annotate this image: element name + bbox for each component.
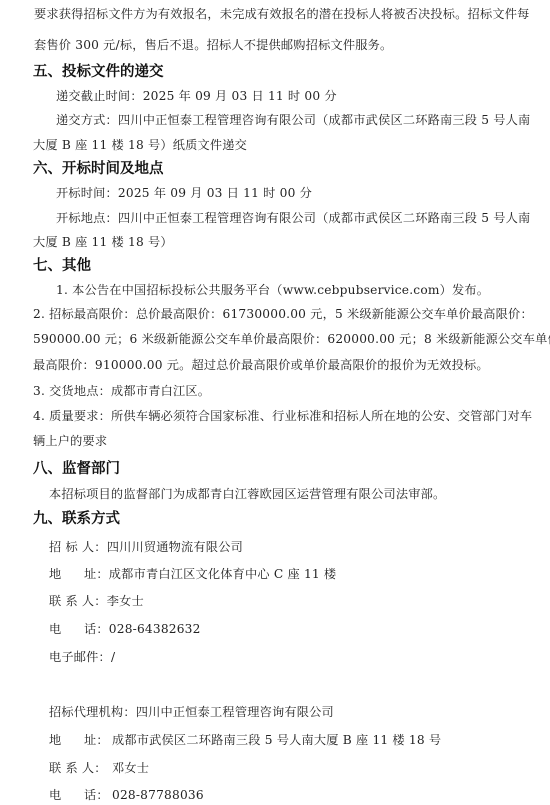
other-item-3: 3. 交货地点：成都市青白江区。 bbox=[33, 383, 210, 399]
field-value: / bbox=[111, 650, 115, 664]
submission-method-line1: 递交方式：四川中正恒泰工程管理咨询有限公司（成都市武侯区二环路南三段 5 号人南 bbox=[56, 112, 530, 128]
other-item-2-line3: 最高限价：910000.00 元。超过总价最高限价或单价最高限价的报价为无效投标… bbox=[33, 357, 489, 373]
field-label: 联 系 人： bbox=[49, 760, 112, 776]
submission-method-line2: 大厦 B 座 11 楼 18 号）纸质文件递交 bbox=[33, 137, 247, 153]
supervision-text: 本招标项目的监督部门为成都青白江蓉欧园区运营管理有限公司法审部。 bbox=[49, 486, 445, 502]
field-label: 招 标 人： bbox=[49, 540, 107, 554]
field-label: 联 系 人： bbox=[49, 594, 107, 608]
tenderer-phone-row: 电话：028-64382632 bbox=[49, 621, 201, 637]
section-heading-5: 五、投标文件的递交 bbox=[33, 63, 164, 81]
tenderer-email-row: 电子邮件：/ bbox=[49, 649, 115, 665]
paragraph-line: 套售价 300 元/标，售后不退。招标人不提供邮购招标文件服务。 bbox=[34, 37, 392, 53]
agency-address-row: 地址：成都市武侯区二环路南三段 5 号人南大厦 B 座 11 楼 18 号 bbox=[49, 732, 441, 748]
field-label: 电 bbox=[49, 787, 84, 803]
field-label: 址： bbox=[84, 567, 109, 581]
field-label: 招标代理机构： bbox=[49, 705, 136, 719]
other-item-4-line1: 4. 质量要求：所供车辆必须符合国家标准、行业标准和招标人所在地的公安、交管部门… bbox=[33, 408, 532, 424]
field-value: 028-87788036 bbox=[112, 788, 204, 802]
agency-contact-row: 联 系 人：邓女士 bbox=[49, 760, 149, 776]
field-label: 电 bbox=[49, 621, 84, 637]
tenderer-contact-row: 联 系 人：李女士 bbox=[49, 593, 144, 609]
opening-time: 开标时间：2025 年 09 月 03 日 11 时 00 分 bbox=[56, 185, 312, 201]
field-value: 四川中正恒泰工程管理咨询有限公司 bbox=[136, 705, 334, 719]
section-heading-6: 六、开标时间及地点 bbox=[33, 160, 164, 178]
field-value: 028-64382632 bbox=[109, 622, 201, 636]
field-label: 地 bbox=[49, 566, 84, 582]
other-item-2-line2: 590000.00 元；6 米级新能源公交车单价最高限价：620000.00 元… bbox=[33, 331, 550, 347]
tenderer-name-row: 招 标 人：四川川贸通物流有限公司 bbox=[49, 539, 243, 555]
other-item-1: 1. 本公告在中国招标投标公共服务平台（www.cebpubservice.co… bbox=[56, 282, 489, 298]
field-label: 话： bbox=[84, 787, 112, 803]
section-heading-7: 七、其他 bbox=[33, 257, 91, 275]
field-label: 电子邮件： bbox=[49, 650, 111, 664]
field-value: 邓女士 bbox=[112, 761, 149, 775]
opening-place-line1: 开标地点：四川中正恒泰工程管理咨询有限公司（成都市武侯区二环路南三段 5 号人南 bbox=[56, 210, 530, 226]
field-value: 四川川贸通物流有限公司 bbox=[107, 540, 243, 554]
field-value: 成都市武侯区二环路南三段 5 号人南大厦 B 座 11 楼 18 号 bbox=[112, 733, 441, 747]
field-label: 址： bbox=[84, 732, 112, 748]
section-heading-8: 八、监督部门 bbox=[33, 460, 120, 478]
agency-phone-row: 电话：028-87788036 bbox=[49, 787, 204, 803]
submission-deadline: 递交截止时间：2025 年 09 月 03 日 11 时 00 分 bbox=[56, 88, 337, 104]
field-value: 成都市青白江区文化体育中心 C 座 11 楼 bbox=[109, 567, 337, 581]
field-value: 李女士 bbox=[107, 594, 144, 608]
section-heading-9: 九、联系方式 bbox=[33, 510, 120, 528]
paragraph-line: 要求获得招标文件方为有效报名，未完成有效报名的潜在投标人将被否决投标。招标文件每 bbox=[34, 6, 530, 22]
field-label: 话： bbox=[84, 622, 109, 636]
agency-name-row: 招标代理机构：四川中正恒泰工程管理咨询有限公司 bbox=[49, 704, 334, 720]
field-label: 地 bbox=[49, 732, 84, 748]
tenderer-address-row: 地址：成都市青白江区文化体育中心 C 座 11 楼 bbox=[49, 566, 336, 582]
opening-place-line2: 大厦 B 座 11 楼 18 号） bbox=[33, 234, 173, 250]
other-item-2-line1: 2. 招标最高限价：总价最高限价：61730000.00 元，5 米级新能源公交… bbox=[33, 306, 533, 322]
other-item-4-line2: 辆上户的要求 bbox=[33, 433, 107, 449]
